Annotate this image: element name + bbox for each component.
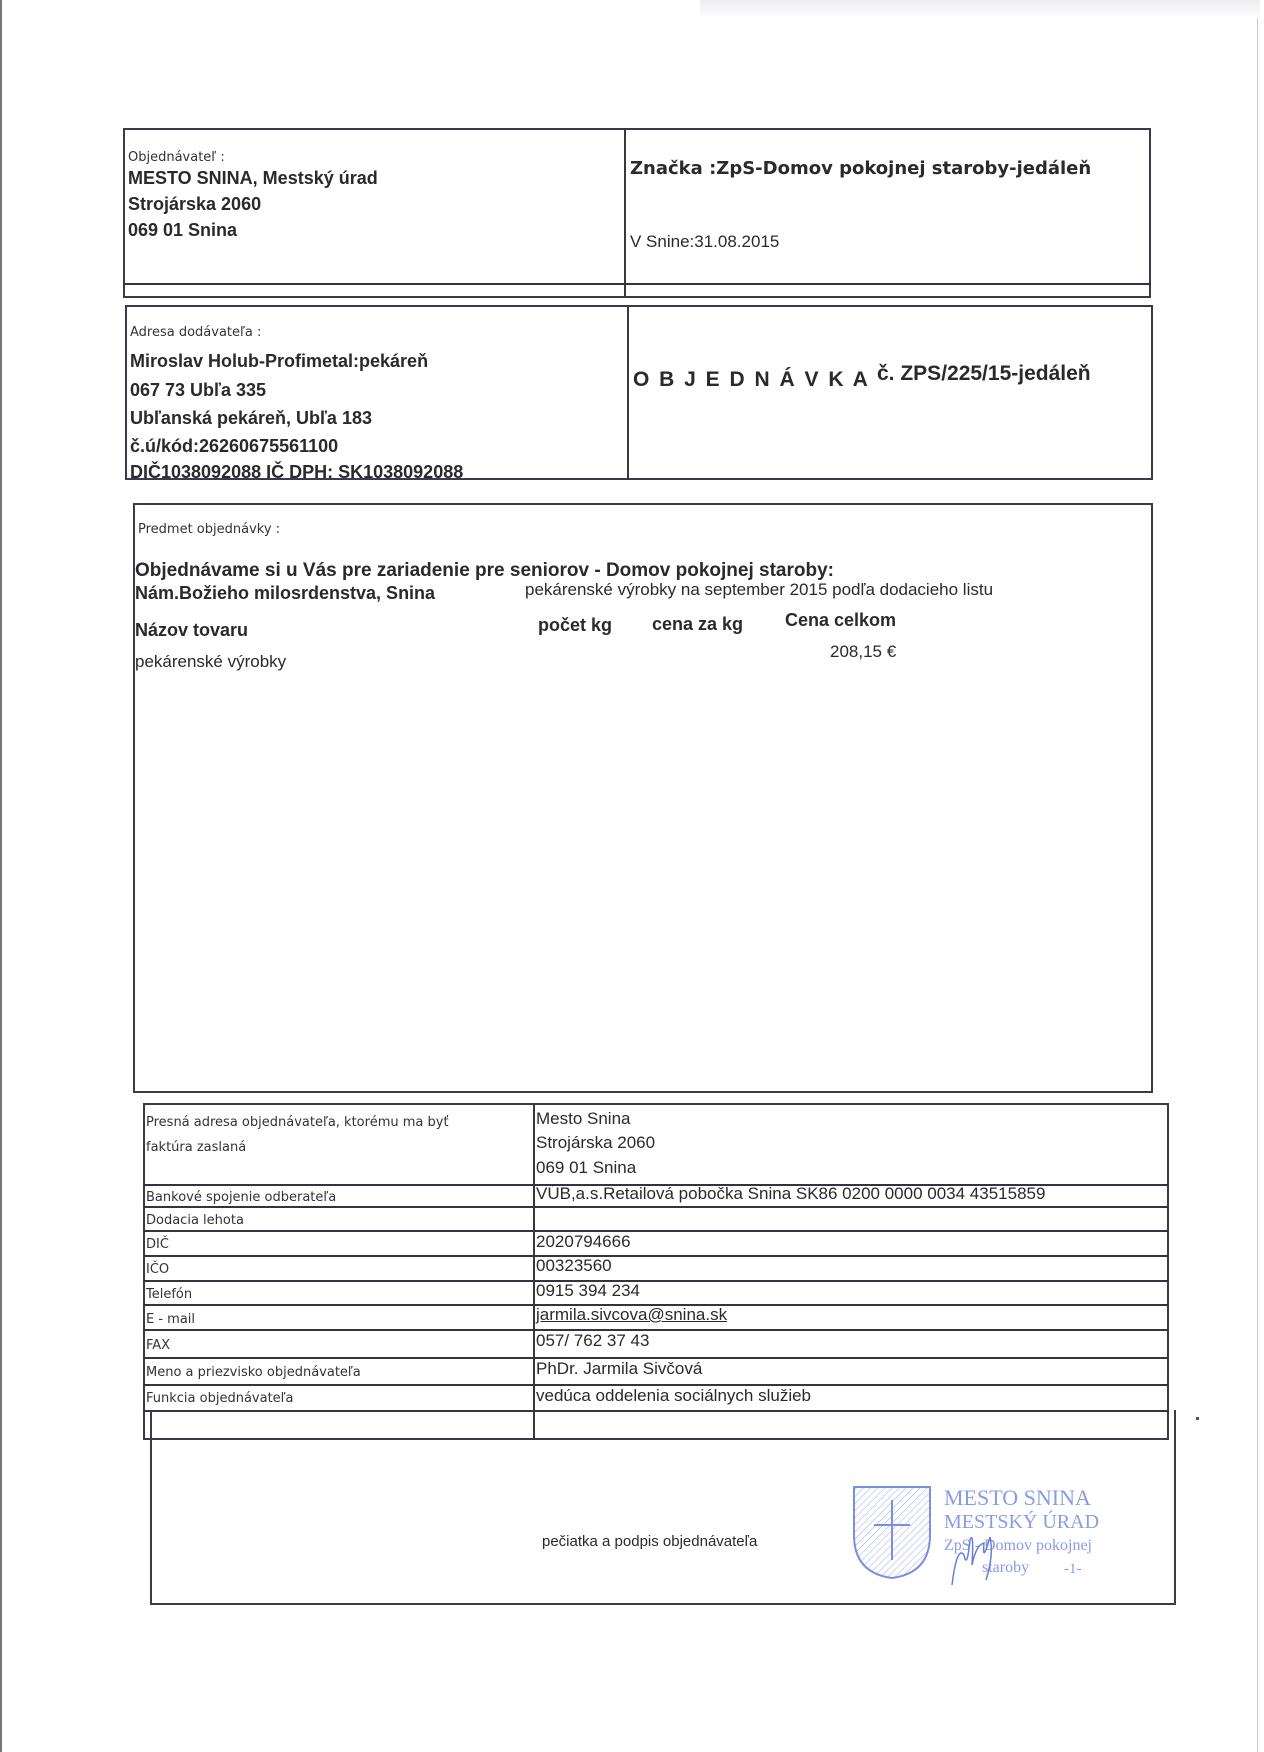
value-invoice-street: Strojárska 2060 (536, 1133, 655, 1153)
label-ico: IČO (146, 1262, 169, 1277)
supplier-address2: Ubľanská pekáreň, Ubľa 183 (130, 408, 372, 429)
row-line (143, 1230, 1169, 1232)
orderer-label: Objednávateľ : (128, 150, 225, 165)
stamp-line1: MESTO SNINA (944, 1485, 1091, 1511)
row-line (143, 1280, 1169, 1282)
row-line (143, 1255, 1169, 1257)
signature-label: pečiatka a podpis objednávateľa (542, 1533, 757, 1550)
value-phone: 0915 394 234 (536, 1281, 640, 1301)
value-bank: VÚB,a.s.Retailová pobočka Snina SK86 020… (536, 1184, 1045, 1204)
scan-shadow (700, 0, 1260, 18)
scan-page-edge-right (1257, 0, 1258, 1752)
supplier-label: Adresa dodávateľa : (130, 325, 261, 340)
scan-page-edge (0, 0, 2, 1752)
label-delivery-term: Dodacia lehota (146, 1213, 244, 1228)
label-invoice-address-cont: faktúra zaslaná (146, 1140, 246, 1155)
orderer-city: 069 01 Snina (128, 220, 237, 241)
col-header-unit-price: cena za kg (652, 614, 743, 635)
orderer-name: MESTO SNINA, Mestský úrad (128, 168, 378, 189)
value-ico: 00323560 (536, 1256, 612, 1276)
order-number: č. ZPS/225/15-jedáleň (877, 362, 1091, 386)
scan-dot (1196, 1417, 1199, 1420)
value-invoice-name: Mesto Snina (536, 1109, 631, 1129)
stamp-number: -1- (1064, 1561, 1082, 1578)
info-table-divider (533, 1103, 535, 1440)
value-email-link[interactable]: jarmila.sivcova@snina.sk (536, 1305, 727, 1325)
header-divider (624, 128, 626, 298)
col-header-qty: počet kg (538, 615, 612, 636)
supplier-divider (627, 305, 629, 480)
label-invoice-address: Presná adresa objednávateľa, ktorému ma … (146, 1115, 449, 1130)
official-stamp: MESTO SNINA MESTSKÝ ÚRAD ZpS - Domov pok… (852, 1485, 1132, 1595)
label-orderer-function: Funkcia objednávateľa (146, 1391, 294, 1406)
label-phone: Telefón (146, 1287, 192, 1302)
place-date: V Snine:31.08.2015 (630, 232, 779, 252)
col-header-item: Názov tovaru (135, 620, 248, 641)
item-name: pekárenské výrobky (135, 652, 286, 672)
value-fax: 057/ 762 37 43 (536, 1331, 649, 1351)
header-bottom-line (123, 283, 1151, 285)
coat-of-arms-icon (852, 1485, 932, 1580)
signature-scribble-icon (942, 1525, 1012, 1595)
col-header-total: Cena celkom (785, 610, 896, 631)
value-orderer-name: PhDr. Jarmila Sivčová (536, 1359, 702, 1379)
label-fax: FAX (146, 1338, 170, 1353)
value-invoice-city: 069 01 Snina (536, 1158, 636, 1178)
subject-label: Predmet objednávky : (138, 522, 280, 537)
item-total: 208,15 € (830, 642, 896, 662)
subject-description: pekárenské výrobky na september 2015 pod… (525, 580, 993, 600)
label-bank: Bankové spojenie odberateľa (146, 1190, 336, 1205)
supplier-account: č.ú/kód:26260675561100 (130, 436, 338, 457)
label-orderer-name: Meno a priezvisko objednávateľa (146, 1365, 361, 1380)
orderer-header-box (123, 128, 1151, 298)
row-line (143, 1329, 1169, 1331)
row-line (143, 1206, 1169, 1208)
orderer-street: Strojárska 2060 (128, 194, 261, 215)
subject-line1: Objednávame si u Vás pre zariadenie pre … (135, 560, 834, 582)
label-email: E - mail (146, 1312, 195, 1327)
supplier-name: Miroslav Holub-Profimetal:pekáreň (130, 351, 428, 372)
supplier-tax-ids: DIČ1038092088 IČ DPH: SK1038092088 (130, 462, 463, 483)
subject-location: Nám.Božieho milosrdenstva, Snina (135, 583, 435, 604)
order-mark: Značka :ZpS-Domov pokojnej staroby-jedál… (630, 158, 1091, 179)
supplier-address1: 067 73 Ubľa 335 (130, 380, 266, 401)
value-orderer-function: vedúca oddelenia sociálnych služieb (536, 1386, 811, 1406)
label-dic: DIČ (146, 1237, 169, 1252)
order-title-word: O B J E D N Á V K A (633, 368, 870, 392)
value-dic: 2020794666 (536, 1232, 631, 1252)
